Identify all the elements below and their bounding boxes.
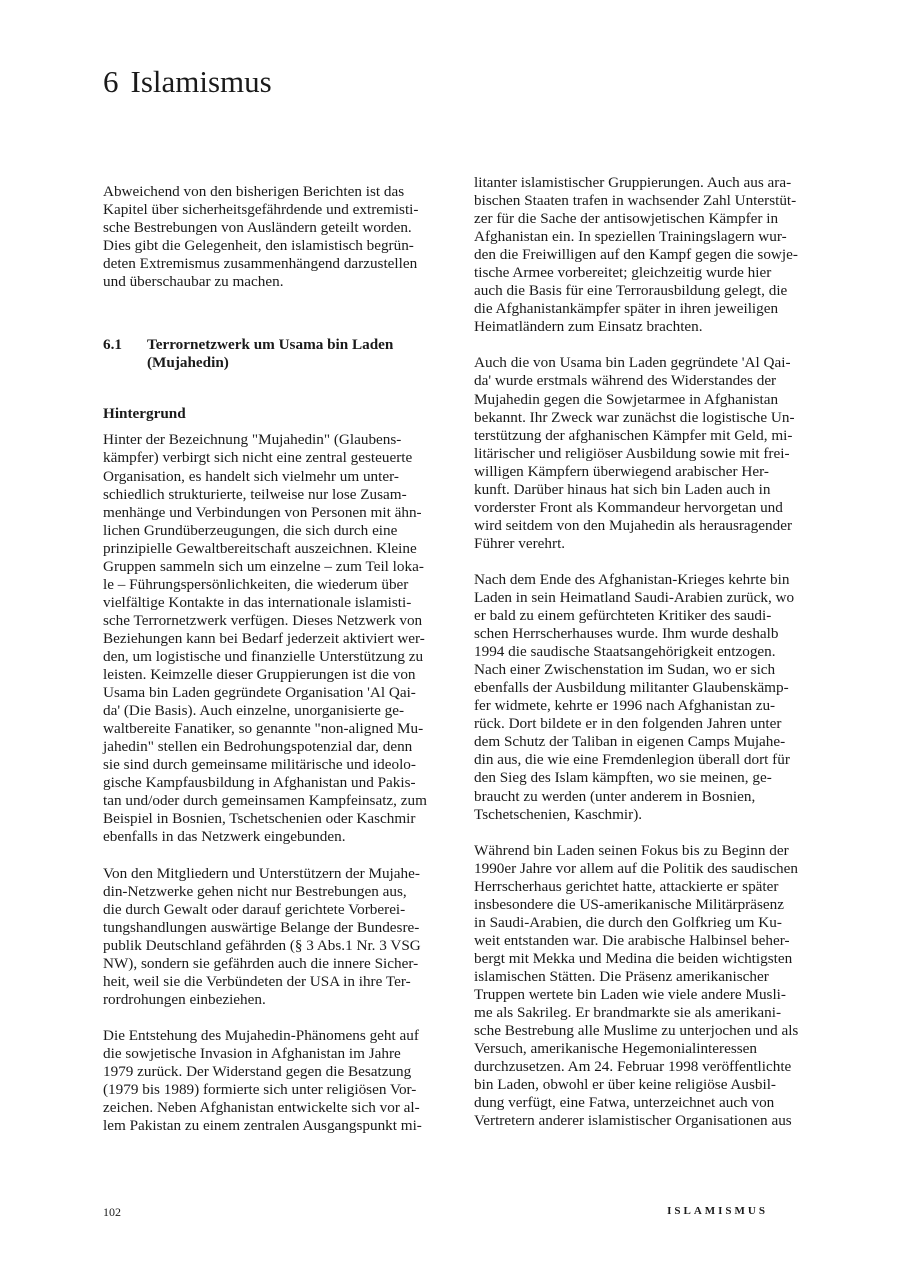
text-line: Beispiel in Bosnien, Tschetschenien oder… [103,810,443,828]
text-line: da' wurde erstmals während des Widerstan… [474,372,814,390]
text-line: 1994 die saudische Staatsangehörigkeit e… [474,643,814,661]
text-line: Kapitel über sicherheitsgefährdende und … [103,201,443,219]
text-line: tan und/oder durch gemeinsamen Kampfeins… [103,792,443,810]
text-line: Tschetschenien, Kaschmir). [474,806,814,824]
text-line: Afghanistan ein. In speziellen Trainings… [474,228,814,246]
text-line: heit, weil sie die Verbündeten der USA i… [103,973,443,991]
text-line: jahedin" stellen ein Bedrohungspotenzial… [103,738,443,756]
text-line: publik Deutschland gefährden (§ 3 Abs.1 … [103,937,443,955]
text-line: in Saudi-Arabien, die durch den Golfkrie… [474,914,814,932]
text-line: 1979 zurück. Der Widerstand gegen die Be… [103,1063,443,1081]
text-line: Gruppen sammeln sich um einzelne – zum T… [103,558,443,576]
body-paragraph: Nach dem Ende des Afghanistan-Krieges ke… [474,571,814,824]
text-line: vielfältige Kontakte in das internationa… [103,594,443,612]
text-line: fer widmete, kehrte er 1996 nach Afghani… [474,697,814,715]
text-line: bergt mit Mekka und Medina die beiden wi… [474,950,814,968]
text-line: le – Führungspersönlichkeiten, die wiede… [103,576,443,594]
body-paragraph: Die Entstehung des Mujahedin-Phänomens g… [103,1027,443,1135]
text-line: din-Netzwerke gehen nicht nur Bestrebung… [103,883,443,901]
text-line: rordrohungen einbeziehen. [103,991,443,1009]
section-heading: 6.1 Terrornetzwerk um Usama bin Laden (M… [103,336,443,372]
text-line: Dies gibt die Gelegenheit, den islamisti… [103,237,443,255]
text-line: er bald zu einem gefürchteten Kritiker d… [474,607,814,625]
text-line: gische Kampfausbildung in Afghanistan un… [103,774,443,792]
chapter-title-text: Islamismus [131,64,272,99]
text-line: bin Laden, obwohl er über keine religiös… [474,1076,814,1094]
text-line: litanter islamistischer Gruppierungen. A… [474,174,814,192]
text-line: Hinter der Bezeichnung "Mujahedin" (Glau… [103,431,443,449]
text-line: wird seitdem von den Mujahedin als herau… [474,517,814,535]
text-line: den die Freiwilligen auf den Kampf gegen… [474,246,814,264]
text-line: Die Entstehung des Mujahedin-Phänomens g… [103,1027,443,1045]
subheading: Hintergrund [103,405,443,423]
text-line: Truppen wertete bin Laden wie viele ande… [474,986,814,1004]
intro-paragraph: Abweichend von den bisherigen Berichten … [103,183,443,291]
text-line: Laden in sein Heimatland Saudi-Arabien z… [474,589,814,607]
text-line: die sowjetische Invasion in Afghanistan … [103,1045,443,1063]
text-line: und überschaubar zu machen. [103,273,443,291]
section-title: Terrornetzwerk um Usama bin Laden (Mujah… [147,336,393,372]
text-line: dem Schutz der Taliban in eigenen Camps … [474,733,814,751]
text-line: die durch Gewalt oder darauf gerichtete … [103,901,443,919]
text-line: deten Extremismus zusammenhängend darzus… [103,255,443,273]
text-line: den, um logistische und finanzielle Unte… [103,648,443,666]
chapter-title: 6Islamismus [103,62,272,102]
text-line: Führer verehrt. [474,535,814,553]
body-paragraph: Hinter der Bezeichnung "Mujahedin" (Glau… [103,431,443,846]
text-line: durchzusetzen. Am 24. Februar 1998 veröf… [474,1058,814,1076]
text-line: braucht zu werden (unter anderem in Bosn… [474,788,814,806]
section-number: 6.1 [103,336,147,372]
text-line: kunft. Darüber hinaus hat sich bin Laden… [474,481,814,499]
text-line: tungshandlungen auswärtige Belange der B… [103,919,443,937]
text-line: zer für die Sache der antisowjetischen K… [474,210,814,228]
text-line: die Afghanistankämpfer später in ihren j… [474,300,814,318]
text-line: sie sind durch gemeinsame militärische u… [103,756,443,774]
text-line: weit entstanden war. Die arabische Halbi… [474,932,814,950]
text-line: waltbereite Fanatiker, so genannte "non-… [103,720,443,738]
text-line: schiedlich strukturierte, teilweise nur … [103,486,443,504]
text-line: bekannt. Ihr Zweck war zunächst die logi… [474,409,814,427]
text-line: zeichen. Neben Afghanistan entwickelte s… [103,1099,443,1117]
text-line: vorderster Front als Kommandeur hervorge… [474,499,814,517]
text-line: dung verfügt, eine Fatwa, unterzeichnet … [474,1094,814,1112]
text-line: sche Bestrebung alle Muslime zu unterjoc… [474,1022,814,1040]
text-line: Heimatländern zum Einsatz brachten. [474,318,814,336]
right-column: litanter islamistischer Gruppierungen. A… [474,174,814,1148]
text-line: leisten. Keimzelle dieser Gruppierungen … [103,666,443,684]
text-line: NW), sondern sie gefährden auch die inne… [103,955,443,973]
running-title: ISLAMISMUS [667,1205,768,1217]
text-line: auch die Basis für eine Terrorausbildung… [474,282,814,300]
text-line: (1979 bis 1989) formierte sich unter rel… [103,1081,443,1099]
text-line: kämpfer) verbirgt sich nicht eine zentra… [103,449,443,467]
text-line: insbesondere die US-amerikanische Militä… [474,896,814,914]
text-line: me als Sakrileg. Er brandmarkte sie als … [474,1004,814,1022]
text-line: lem Pakistan zu einem zentralen Ausgangs… [103,1117,443,1135]
text-line: 1990er Jahre vor allem auf die Politik d… [474,860,814,878]
text-line: din aus, die wie eine Fremdenlegion über… [474,751,814,769]
left-column: Abweichend von den bisherigen Berichten … [103,183,443,1153]
text-line: sche Bestrebungen von Ausländern geteilt… [103,219,443,237]
text-line: islamischen Stätten. Die Präsenz amerika… [474,968,814,986]
text-line: prinzipielle Gewaltbereitschaft auszeich… [103,540,443,558]
body-paragraph: Von den Mitgliedern und Unterstützern de… [103,865,443,1009]
section-title-line: (Mujahedin) [147,354,393,372]
text-line: Nach dem Ende des Afghanistan-Krieges ke… [474,571,814,589]
chapter-number: 6 [103,64,119,99]
text-line: da' (Die Basis). Auch einzelne, unorgani… [103,702,443,720]
text-line: ebenfalls in das Netzwerk eingebunden. [103,828,443,846]
body-paragraph: Während bin Laden seinen Fokus bis zu Be… [474,842,814,1131]
text-line: Vertretern anderer islamistischer Organi… [474,1112,814,1130]
text-line: menhänge und Verbindungen von Personen m… [103,504,443,522]
body-paragraph: Auch die von Usama bin Laden gegründete … [474,354,814,553]
section-title-line: Terrornetzwerk um Usama bin Laden [147,336,393,354]
text-line: rück. Dort bildete er in den folgenden J… [474,715,814,733]
page-number: 102 [103,1205,121,1220]
text-line: Mujahedin gegen die Sowjetarmee in Afgha… [474,391,814,409]
text-line: Organisation, es handelt sich vielmehr u… [103,468,443,486]
text-line: terstützung der afghanischen Kämpfer mit… [474,427,814,445]
text-line: Nach einer Zwischenstation im Sudan, wo … [474,661,814,679]
text-line: Beziehungen kann bei Bedarf jederzeit ak… [103,630,443,648]
text-line: Herrscherhaus gerichtet hatte, attackier… [474,878,814,896]
text-line: ebenfalls der Ausbildung militanter Glau… [474,679,814,697]
text-line: litärischer und religiöser Ausbildung so… [474,445,814,463]
text-line: schen Herrscherhauses wurde. Ihm wurde d… [474,625,814,643]
text-line: lichen Grundüberzeugungen, die sich durc… [103,522,443,540]
text-line: Abweichend von den bisherigen Berichten … [103,183,443,201]
text-line: Von den Mitgliedern und Unterstützern de… [103,865,443,883]
text-line: Usama bin Laden gegründete Organisation … [103,684,443,702]
text-line: tische Armee vorbereitet; gleichzeitig w… [474,264,814,282]
text-line: Versuch, amerikanische Hegemonialinteres… [474,1040,814,1058]
text-line: Auch die von Usama bin Laden gegründete … [474,354,814,372]
text-line: Während bin Laden seinen Fokus bis zu Be… [474,842,814,860]
text-line: willigen Kämpfern überwiegend arabischer… [474,463,814,481]
text-line: bischen Staaten trafen in wachsender Zah… [474,192,814,210]
text-line: sche Terrornetzwerk verfügen. Dieses Net… [103,612,443,630]
text-line: den Sieg des Islam kämpften, wo sie mein… [474,769,814,787]
body-paragraph: litanter islamistischer Gruppierungen. A… [474,174,814,336]
